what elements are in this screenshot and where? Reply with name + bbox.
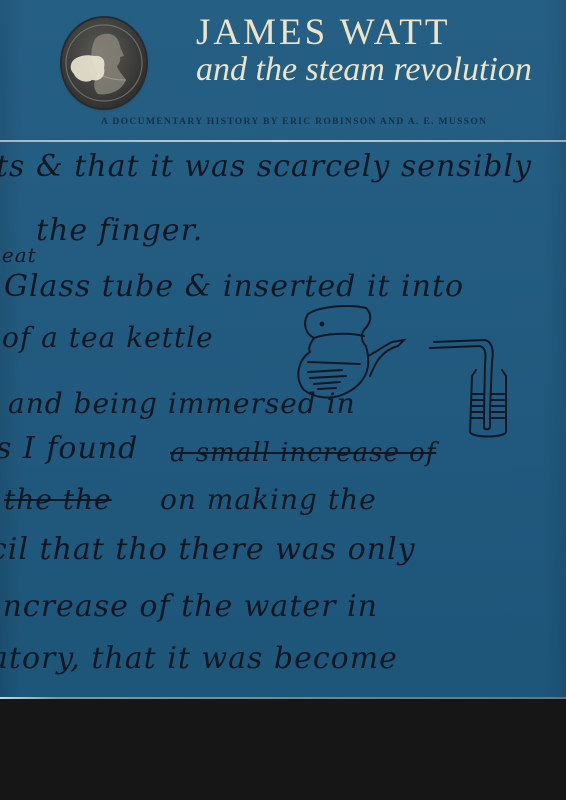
- header-rule: [0, 140, 566, 142]
- manuscript-line: the finger.: [36, 216, 203, 246]
- manuscript-line: increase of the water in: [0, 592, 378, 622]
- portrait-medallion-icon: [62, 18, 146, 108]
- manuscript-struck-line: the the: [4, 486, 112, 514]
- manuscript-line: atory, that it was become: [0, 644, 398, 674]
- manuscript-line: heat: [0, 245, 37, 265]
- manuscript-line: s I found: [0, 434, 138, 464]
- tea-kettle-apparatus-sketch-icon: [280, 290, 520, 450]
- manuscript-line: cil that tho there was only: [0, 535, 416, 565]
- book-title: JAMES WATT: [196, 14, 450, 51]
- manuscript-line: of a tea kettle: [2, 324, 214, 352]
- manuscript-line: ts & that it was scarcely sensibly: [0, 152, 532, 182]
- book-cover: JAMES WATT and the steam revolution A DO…: [0, 0, 566, 698]
- book-subtitle: and the steam revolution: [196, 53, 532, 87]
- book-byline: A DOCUMENTARY HISTORY BY ERIC ROBINSON A…: [101, 116, 487, 127]
- scan-backdrop: [0, 699, 566, 800]
- manuscript-line: on making the: [160, 486, 377, 514]
